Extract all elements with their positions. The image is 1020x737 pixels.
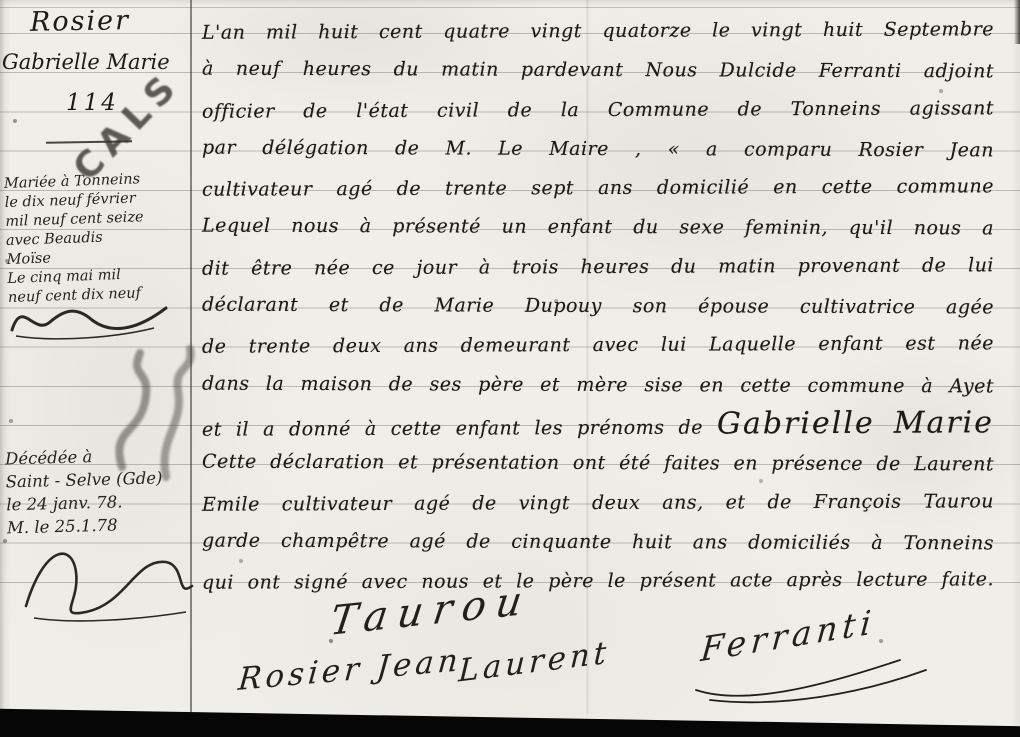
signature-paraph: [14, 528, 204, 628]
margin-surname: Rosier: [30, 5, 130, 38]
marriage-margin-note: Mariée à Tonneins le dix neuf février mi…: [4, 169, 181, 308]
child-name-emphasis: Gabrielle Marie: [717, 405, 994, 441]
registry-act-page: Rosier Gabrielle Marie 114 CALS Mariée à…: [0, 0, 1020, 737]
act-line: Emile cultivateur agé de vingt deux ans,…: [202, 482, 994, 525]
act-line: Cette déclaration et présentation ont ét…: [202, 443, 994, 485]
margin-given-names: Gabrielle Marie: [2, 50, 170, 74]
act-line: de trente deux ans demeurant avec lui La…: [202, 325, 994, 368]
act-line: à neuf heures du matin pardevant Nous Du…: [202, 50, 994, 92]
margin-vertical-rule: [190, 0, 192, 714]
act-line: déclarant et de Marie Dupouy son épouse …: [202, 286, 994, 328]
signature-officer: Ferranti: [699, 602, 877, 670]
top-rule-line: [0, 7, 1020, 8]
act-line-text: et il a donné à cette enfant les prénoms…: [202, 417, 703, 441]
act-line: dans la maison de ses père et mère sise …: [202, 364, 994, 406]
scan-edge-bottom: [0, 707, 1020, 737]
paper-speckles: [0, 0, 2, 2]
act-line: qui ont signé avec nous et le père le pr…: [202, 560, 994, 603]
act-line: dit être née ce jour à trois heures du m…: [202, 246, 994, 289]
act-line: par délégation de M. Le Maire , « a comp…: [202, 129, 994, 171]
note-line: M. le 25.1.78: [7, 512, 194, 540]
act-line-with-name: et il a donné à cette enfant les prénoms…: [202, 403, 994, 446]
act-body: L'an mil huit cent quatre vingt quatorze…: [202, 12, 994, 601]
act-line: cultivateur agé de trente sept ans domic…: [202, 167, 994, 210]
act-line: garde champêtre agé de cinquante huit an…: [202, 521, 994, 563]
act-line: Lequel nous à présenté un enfant du sexe…: [202, 207, 994, 249]
act-line: officier de l'état civil de la Commune d…: [202, 89, 994, 132]
signature-rosier-jean: Rosier Jean: [237, 642, 463, 698]
death-margin-note: Décédée à Saint - Selve (Gde) le 24 janv…: [5, 443, 193, 540]
act-line: L'an mil huit cent quatre vingt quatorze…: [202, 10, 994, 53]
scan-edge-top-right: [1014, 0, 1020, 44]
